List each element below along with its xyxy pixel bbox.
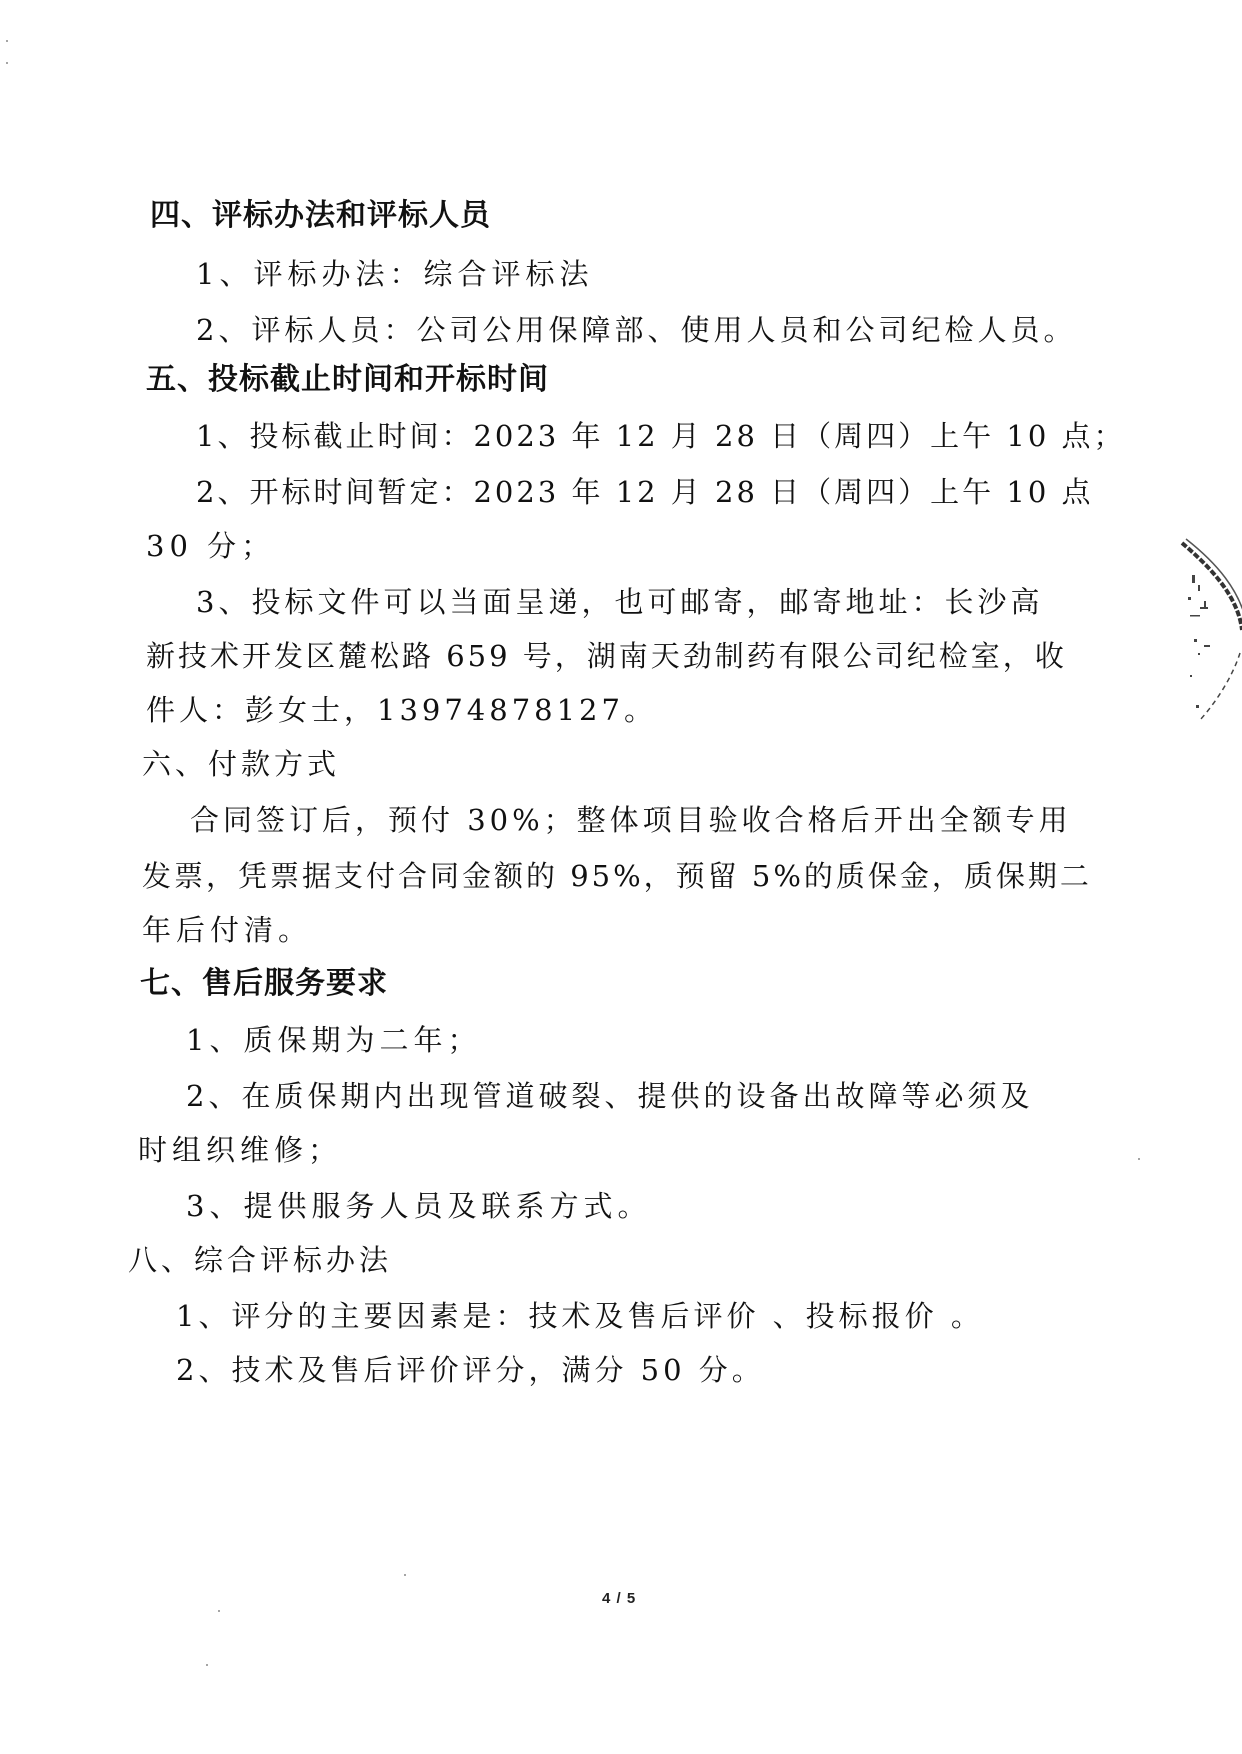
section-7-line-4: 3、提供服务人员及联系方式。 — [186, 1186, 651, 1226]
scan-speck — [206, 1664, 208, 1666]
section-8-line-1: 1、评分的主要因素是：技术及售后评价 、投标报价 。 — [176, 1296, 984, 1336]
section-6-line-2: 发票，凭票据支付合同金额的 95%，预留 5%的质保金，质保期二 — [142, 856, 1092, 896]
scan-speck — [6, 62, 8, 64]
section-5-line-5: 新技术开发区麓松路 659 号，湖南天劲制药有限公司纪检室，收 — [146, 636, 1067, 676]
section-heading-8: 八、综合评标办法 — [128, 1240, 392, 1280]
section-4-line-1: 1、评标办法：综合评标法 — [196, 254, 593, 294]
page-number: 4 / 5 — [602, 1590, 636, 1607]
section-heading-5: 五、投标截止时间和开标时间 — [146, 360, 549, 400]
section-5-line-4: 3、投标文件可以当面呈递，也可邮寄，邮寄地址：长沙高 — [196, 582, 1043, 622]
section-5-line-2: 2、开标时间暂定：2023 年 12 月 28 日（周四）上午 10 点 — [196, 472, 1094, 512]
scan-speck — [404, 1574, 406, 1576]
scan-speck — [6, 40, 8, 42]
section-heading-7: 七、售后服务要求 — [140, 964, 388, 1004]
section-6-line-3: 年后付清。 — [142, 910, 312, 950]
section-7-line-3: 时组织维修； — [138, 1130, 342, 1170]
section-7-line-2: 2、在质保期内出现管道破裂、提供的设备出故障等必须及 — [186, 1076, 1033, 1116]
section-6-line-1: 合同签订后，预付 30%；整体项目验收合格后开出全额专用 — [190, 800, 1072, 840]
section-8-line-2: 2、技术及售后评价评分，满分 50 分。 — [176, 1350, 765, 1390]
scan-speck — [1138, 1158, 1140, 1160]
section-7-line-1: 1、质保期为二年； — [186, 1020, 481, 1060]
section-heading-4: 四、评标办法和评标人员 — [150, 196, 491, 236]
section-5-line-6: 件人：彭女士，13974878127。 — [146, 690, 657, 730]
section-5-line-3: 30 分； — [146, 526, 275, 566]
section-heading-6: 六、付款方式 — [142, 744, 340, 784]
scan-speck — [218, 1610, 220, 1612]
seal-stamp-icon — [1178, 535, 1242, 725]
section-4-line-2: 2、评标人员：公司公用保障部、使用人员和公司纪检人员。 — [196, 310, 1076, 350]
document-page: 四、评标办法和评标人员 1、评标办法：综合评标法 2、评标人员：公司公用保障部、… — [0, 0, 1242, 1754]
section-5-line-1: 1、投标截止时间：2023 年 12 月 28 日（周四）上午 10 点； — [196, 416, 1126, 456]
